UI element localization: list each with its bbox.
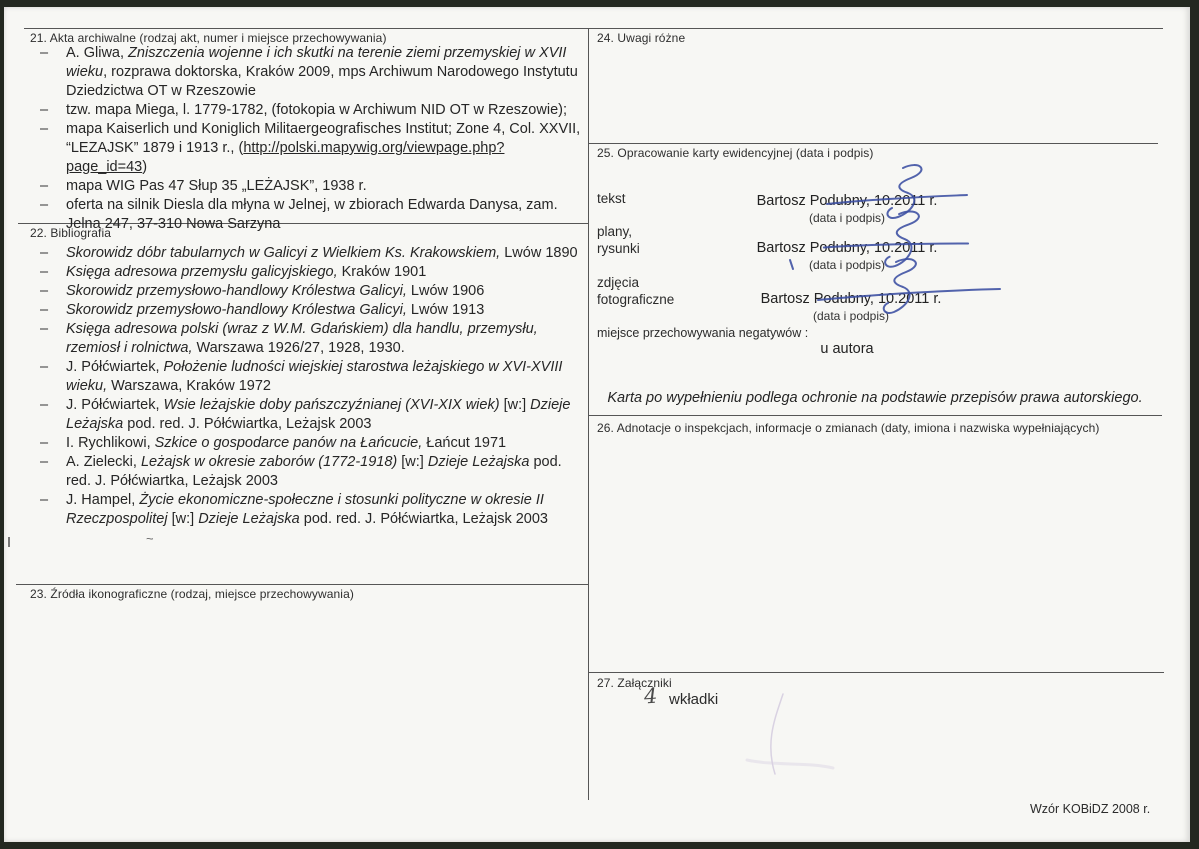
list-item-text: Skorowidz dóbr tabularnych w Galicyi z W… <box>66 244 588 263</box>
dash-bullet: – <box>36 491 66 529</box>
pencil-mark <box>745 690 875 785</box>
dash-bullet: – <box>36 358 66 396</box>
negatives-label: miejsce przechowywania negatywów : <box>597 326 808 340</box>
list-item-text: I. Rychlikowi, Szkice o gospodarce panów… <box>66 434 588 453</box>
text-segment: Lwów 1906 <box>407 283 484 299</box>
text-segment: Dzieje Leżajska <box>198 511 300 527</box>
section-24-header: 24. Uwagi różne <box>597 31 685 45</box>
dash-bullet: – <box>36 282 66 301</box>
text-segment: Skorowidz dóbr tabularnych w Galicyi z W… <box>66 245 500 261</box>
list-item-text: oferta na silnik Diesla dla młyna w Jeln… <box>66 196 584 234</box>
dash-bullet: – <box>36 396 66 434</box>
rule-section-26 <box>588 415 1162 416</box>
text-segment: ) <box>142 159 147 175</box>
rule-top <box>24 28 1163 29</box>
text-segment: A. Zielecki, <box>66 454 141 470</box>
section-26-header: 26. Adnotacje o inspekcjach, informacje … <box>597 421 1099 435</box>
list-item: –tzw. mapa Miega, l. 1779-1782, (fotokop… <box>36 101 584 120</box>
list-item: –Księga adresowa polski (wraz z W.M. Gda… <box>36 320 588 358</box>
text-segment: J. Półćwiartek, <box>66 397 164 413</box>
list-item-text: mapa WIG Pas 47 Słup 35 „LEŻAJSK”, 1938 … <box>66 177 584 196</box>
scanned-card: 21. Akta archiwalne (rodzaj akt, numer i… <box>0 0 1199 849</box>
dash-bullet: – <box>36 320 66 358</box>
list-item-text: J. Półćwiartek, Wsie leżajskie doby pańs… <box>66 396 588 434</box>
entry-caption-zdjecia: (data i podpis) <box>726 309 976 323</box>
list-item: –mapa Kaiserlich und Koniglich Militaerg… <box>36 120 584 177</box>
list-item-text: J. Półćwiartek, Położenie ludności wiejs… <box>66 358 588 396</box>
dash-bullet: – <box>36 44 66 101</box>
section-25-header: 25. Opracowanie karty ewidencyjnej (data… <box>597 146 873 160</box>
list-item: –A. Zielecki, Leżajsk w okresie zaborów … <box>36 453 588 491</box>
rule-section-25 <box>588 143 1158 144</box>
text-segment: , rozprawa doktorska, Kraków 2009, mps A… <box>66 64 578 99</box>
list-item-text: J. Hampel, Życie ekonomiczne-społeczne i… <box>66 491 588 529</box>
text-segment: [w:] <box>168 511 199 527</box>
dash-bullet: – <box>36 453 66 491</box>
rule-section-23 <box>16 584 588 585</box>
text-segment: mapa WIG Pas 47 Słup 35 „LEŻAJSK”, 1938 … <box>66 178 367 194</box>
dash-bullet: – <box>36 177 66 196</box>
text-segment: Lwów 1913 <box>407 302 484 318</box>
text-segment: Wsie leżajskie doby pańszczyźnianej (XVI… <box>164 397 500 413</box>
section-21-list: –A. Gliwa, Zniszczenia wojenne i ich sku… <box>36 44 584 234</box>
text-segment: Skorowidz przemysłowo-handlowy Królestwa… <box>66 283 407 299</box>
list-item-text: Skorowidz przemysłowo-handlowy Królestwa… <box>66 282 588 301</box>
text-segment: Leżajsk w okresie zaborów (1772-1918) <box>141 454 397 470</box>
copyright-note: Karta po wypełnieniu podlega ochronie na… <box>605 390 1145 406</box>
form-template-footer: Wzór KOBiDZ 2008 r. <box>1030 802 1150 816</box>
list-item: –Księga adresowa przemysłu galicyjskiego… <box>36 263 588 282</box>
list-item: –oferta na silnik Diesla dla młyna w Jel… <box>36 196 584 234</box>
rule-section-27 <box>588 672 1164 673</box>
section-21-header: 21. Akta archiwalne (rodzaj akt, numer i… <box>30 31 387 45</box>
list-item-text: Skorowidz przemysłowo-handlowy Królestwa… <box>66 301 588 320</box>
section-22-header: 22. Bibliografia <box>30 226 111 240</box>
list-item: –A. Gliwa, Zniszczenia wojenne i ich sku… <box>36 44 584 101</box>
list-item: –J. Półćwiartek, Położenie ludności wiej… <box>36 358 588 396</box>
text-segment: oferta na silnik Diesla dla młyna w Jeln… <box>66 197 558 232</box>
text-segment: [w:] <box>397 454 428 470</box>
entry-value-plany-rysunki: Bartosz Podubny, 10.2011 r. <box>722 240 972 256</box>
entry-caption-tekst: (data i podpis) <box>722 211 972 225</box>
text-segment: pod. red. J. Półćwiartka, Leżajsk 2003 <box>300 511 548 527</box>
entry-value-tekst: Bartosz Podubny, 10.2011 r. <box>722 193 972 209</box>
list-item-text: Księga adresowa przemysłu galicyjskiego,… <box>66 263 588 282</box>
negatives-value: u autora <box>722 341 972 357</box>
text-segment: Księga adresowa przemysłu galicyjskiego, <box>66 264 338 280</box>
text-segment: J. Hampel, <box>66 492 139 508</box>
list-item-text: A. Gliwa, Zniszczenia wojenne i ich skut… <box>66 44 584 101</box>
entry-value-zdjecia: Bartosz Podubny, 10.2011 r. <box>726 291 976 307</box>
list-item: –mapa WIG Pas 47 Słup 35 „LEŻAJSK”, 1938… <box>36 177 584 196</box>
text-segment: Kraków 1901 <box>338 264 427 280</box>
list-item-text: tzw. mapa Miega, l. 1779-1782, (fotokopi… <box>66 101 584 120</box>
text-segment: Warszawa 1926/27, 1928, 1930. <box>193 340 405 356</box>
text-segment: Łańcut 1971 <box>422 435 506 451</box>
dash-bullet: – <box>36 120 66 177</box>
dash-bullet: – <box>36 244 66 263</box>
text-segment: [w:] <box>500 397 531 413</box>
list-item-text: mapa Kaiserlich und Koniglich Militaerge… <box>66 120 584 177</box>
section-23-header: 23. Źródła ikonograficzne (rodzaj, miejs… <box>30 587 354 601</box>
text-segment: pod. red. J. Półćwiartka, Leżajsk 2003 <box>123 416 371 432</box>
list-item-text: A. Zielecki, Leżajsk w okresie zaborów (… <box>66 453 588 491</box>
dash-bullet: – <box>36 101 66 120</box>
scan-artifact-tilde: ~ <box>146 531 154 546</box>
text-segment: Warszawa, Kraków 1972 <box>107 378 271 394</box>
dash-bullet: – <box>36 263 66 282</box>
text-segment: Dzieje Leżajska <box>428 454 530 470</box>
text-segment: A. Gliwa, <box>66 45 128 61</box>
entry-label-zdjecia: zdjęcia fotograficzne <box>597 274 674 308</box>
section-27-header: 27. Załączniki <box>597 676 672 690</box>
handwritten-attachment-count: 4 <box>643 684 658 709</box>
list-item: –J. Hampel, Życie ekonomiczne-społeczne … <box>36 491 588 529</box>
list-item: –I. Rychlikowi, Szkice o gospodarce panó… <box>36 434 588 453</box>
text-segment: J. Półćwiartek, <box>66 359 164 375</box>
list-item-text: Księga adresowa polski (wraz z W.M. Gdań… <box>66 320 588 358</box>
text-segment: tzw. mapa Miega, l. 1779-1782, (fotokopi… <box>66 102 567 118</box>
text-segment: Szkice o gospodarce panów na Łańcucie, <box>155 435 423 451</box>
entry-caption-plany-rysunki: (data i podpis) <box>722 258 972 272</box>
text-segment: I. Rychlikowi, <box>66 435 155 451</box>
dash-bullet: – <box>36 434 66 453</box>
list-item: –Skorowidz przemysłowo-handlowy Królestw… <box>36 301 588 320</box>
entry-label-tekst: tekst <box>597 190 626 207</box>
text-segment: Lwów 1890 <box>500 245 577 261</box>
list-item: –J. Półćwiartek, Wsie leżajskie doby pań… <box>36 396 588 434</box>
dash-bullet: – <box>36 301 66 320</box>
entry-label-plany-rysunki: plany, rysunki <box>597 223 640 257</box>
attachment-count-label: wkładki <box>669 691 718 708</box>
section-22-list: –Skorowidz dóbr tabularnych w Galicyi z … <box>36 244 588 529</box>
list-item: –Skorowidz przemysłowo-handlowy Królestw… <box>36 282 588 301</box>
scan-artifact-tick <box>8 537 10 547</box>
text-segment: Skorowidz przemysłowo-handlowy Królestwa… <box>66 302 407 318</box>
list-item: –Skorowidz dóbr tabularnych w Galicyi z … <box>36 244 588 263</box>
